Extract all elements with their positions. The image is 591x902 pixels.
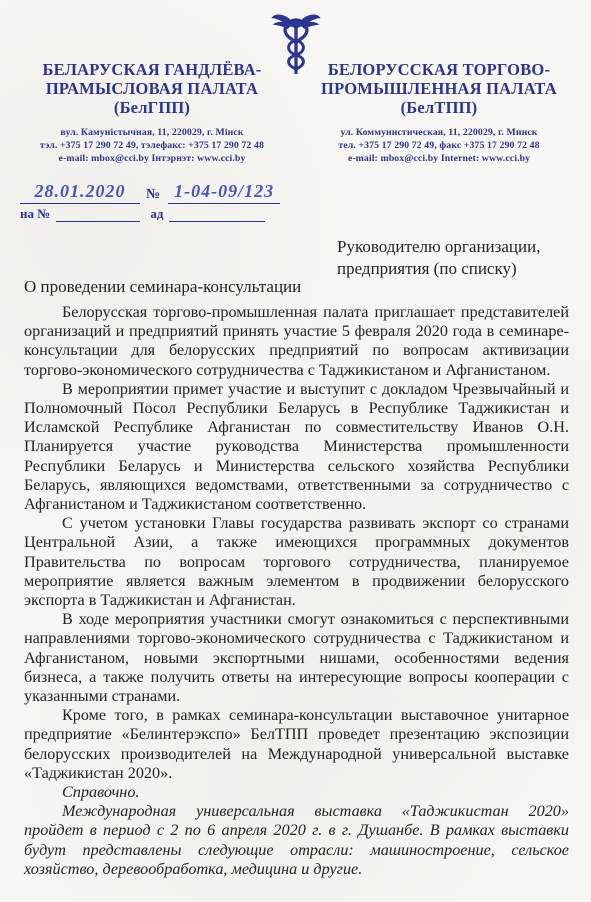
- reply-date-blank: [169, 221, 265, 222]
- outgoing-date-field: 28.01.2020: [20, 181, 140, 204]
- org-address-russian: ул. Коммунистическая, 11, 220029, г. Мин…: [301, 126, 577, 165]
- reply-number-blank: [56, 221, 140, 222]
- body-paragraph-1: Белорусская торгово-промышленная палата …: [24, 303, 569, 380]
- org-title-line: (БелГПП): [14, 98, 290, 117]
- body-paragraph-5: Кроме того, в рамках семинара-консультац…: [24, 706, 569, 783]
- org-address-line: e-mail: mbox@cci.by Інтэрнэт: www.cci.by: [14, 152, 290, 165]
- number-sign-label: №: [146, 187, 160, 203]
- org-title-line: БЕЛОРУССКАЯ ТОРГОВО-: [301, 60, 577, 79]
- outgoing-date-handwritten: 28.01.2020: [35, 181, 126, 201]
- subject-line: О проведении семинара-консультации: [24, 277, 301, 297]
- org-block-belarusian: БЕЛАРУСКАЯ ГАНДЛЁВА- ПРАМЫСЛОВАЯ ПАЛАТА …: [14, 60, 290, 165]
- org-block-russian: БЕЛОРУССКАЯ ТОРГОВО- ПРОМЫШЛЕННАЯ ПАЛАТА…: [301, 60, 577, 165]
- addressee-line: Руководителю организации,: [337, 236, 540, 258]
- letterhead: БЕЛАРУСКАЯ ГАНДЛЁВА- ПРАМЫСЛОВАЯ ПАЛАТА …: [0, 60, 591, 165]
- outgoing-number-handwritten: 1-04-09/123: [174, 181, 274, 201]
- reply-date-label: ад: [150, 206, 163, 222]
- reference-row-outgoing: 28.01.2020 № 1-04-09/123: [20, 176, 300, 204]
- org-title-line: БЕЛАРУСКАЯ ГАНДЛЁВА-: [14, 60, 290, 79]
- letter-body: Белорусская торгово-промышленная палата …: [24, 303, 569, 879]
- reference-block: 28.01.2020 № 1-04-09/123 на № ад: [20, 176, 300, 222]
- reply-number-label: на №: [20, 206, 50, 222]
- note-paragraph: Международная универсальная выставка «Та…: [24, 802, 569, 879]
- body-paragraph-3: С учетом установки Главы государства раз…: [24, 514, 569, 610]
- note-label: Справочно.: [24, 783, 569, 802]
- reference-row-reply: на № ад: [20, 204, 300, 222]
- org-address-line: ул. Коммунистическая, 11, 220029, г. Мин…: [301, 126, 577, 139]
- addressee-block: Руководителю организации, предприятия (п…: [337, 236, 540, 280]
- org-address-line: тэл. +375 17 290 72 49, тэлефакс: +375 1…: [14, 139, 290, 152]
- org-title-belarusian: БЕЛАРУСКАЯ ГАНДЛЁВА- ПРАМЫСЛОВАЯ ПАЛАТА …: [14, 60, 290, 117]
- org-address-line: e-mail: mbox@cci.by Internet: www.cci.by: [301, 152, 577, 165]
- org-address-line: тел. +375 17 290 72 49, факс +375 17 290…: [301, 139, 577, 152]
- org-address-belarusian: вул. Камуністычная, 11, 220029, г. Мінск…: [14, 126, 290, 165]
- body-paragraph-2: В мероприятии примет участие и выступит …: [24, 380, 569, 514]
- letter-page: БЕЛАРУСКАЯ ГАНДЛЁВА- ПРАМЫСЛОВАЯ ПАЛАТА …: [0, 0, 591, 902]
- org-title-line: ПРОМЫШЛЕННАЯ ПАЛАТА: [301, 79, 577, 98]
- outgoing-number-field: 1-04-09/123: [168, 181, 280, 204]
- body-paragraph-4: В ходе мероприятия участники смогут озна…: [24, 610, 569, 706]
- org-address-line: вул. Камуністычная, 11, 220029, г. Мінск: [14, 126, 290, 139]
- addressee-line: предприятия (по списку): [337, 258, 540, 280]
- org-title-line: (БелТПП): [301, 98, 577, 117]
- org-title-russian: БЕЛОРУССКАЯ ТОРГОВО- ПРОМЫШЛЕННАЯ ПАЛАТА…: [301, 60, 577, 117]
- org-title-line: ПРАМЫСЛОВАЯ ПАЛАТА: [14, 79, 290, 98]
